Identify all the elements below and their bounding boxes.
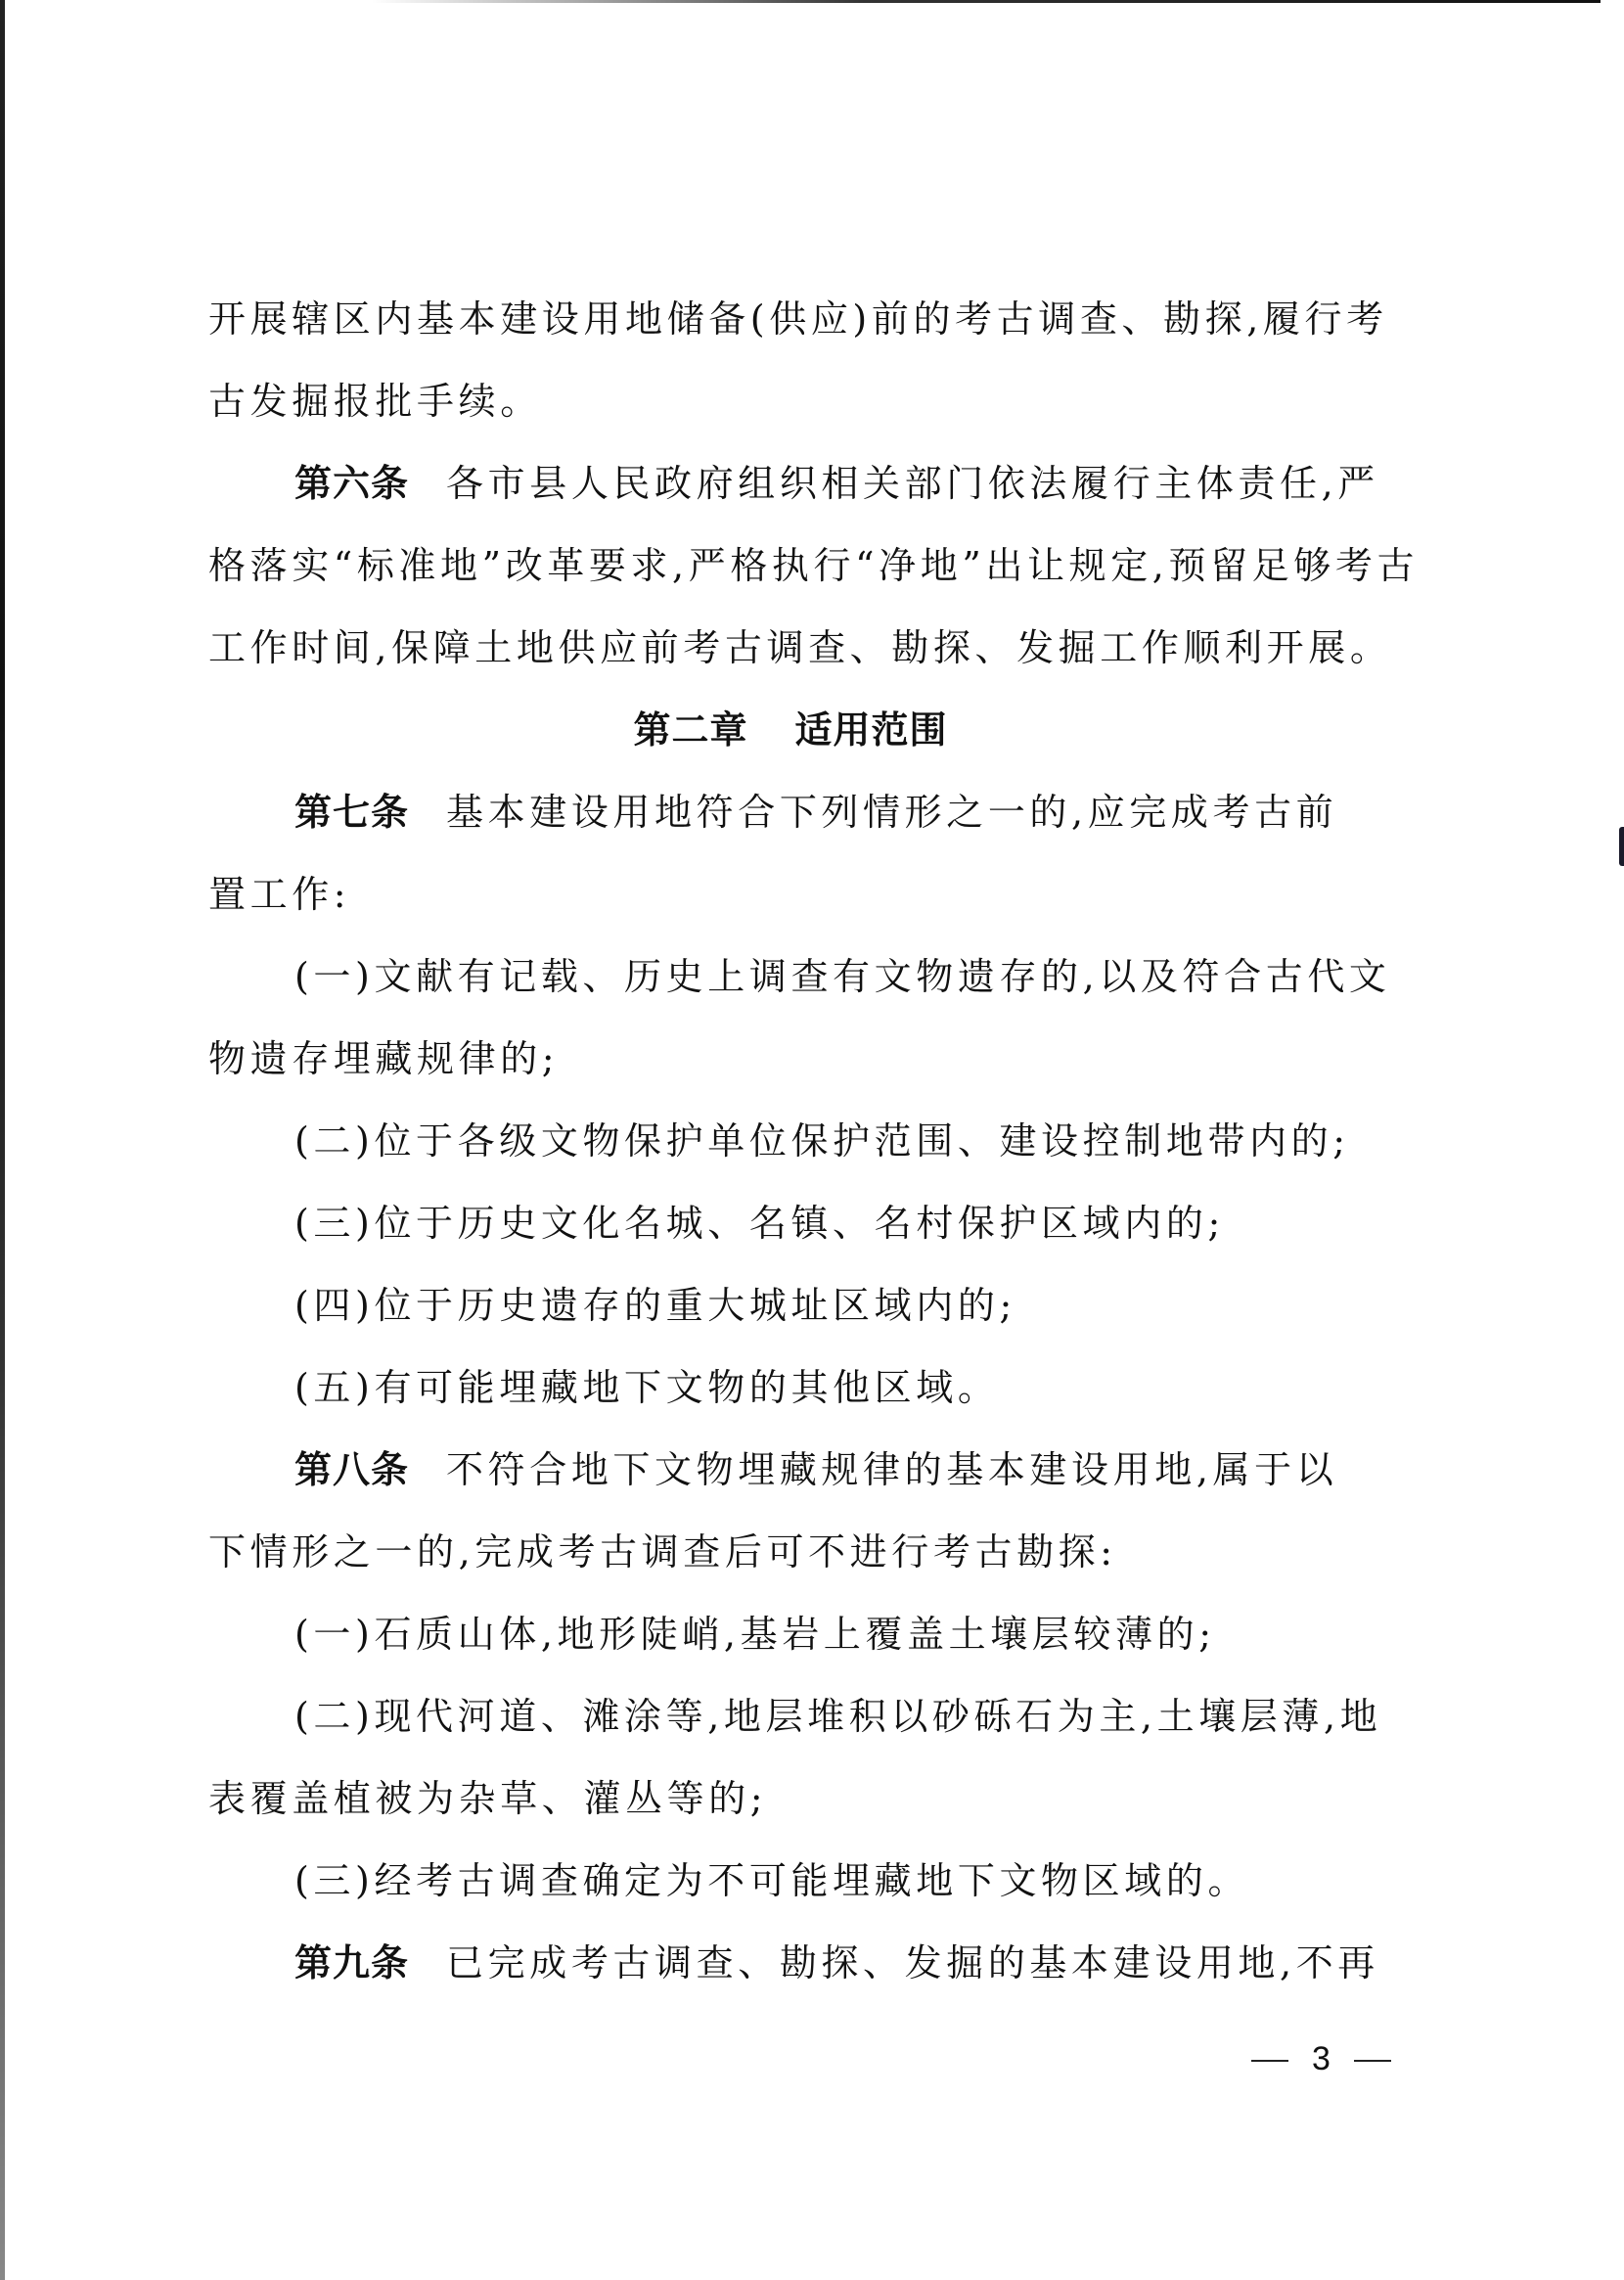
text-line: 置工作: (208, 864, 1412, 946)
article-6: 第六条各市县人民政府组织相关部门依法履行主体责任,严 (208, 453, 1412, 535)
article-text: 已完成考古调查、勘探、发掘的基本建设用地,不再 (446, 1941, 1379, 1984)
scan-edge-top (372, 0, 1601, 3)
chapter-label: 第二章 (633, 708, 747, 752)
list-item: (三)经考古调查确定为不可能埋藏地下文物区域的。 (208, 1850, 1412, 1933)
list-item: (二)现代河道、滩涂等,地层堆积以砂砾石为主,土壤层薄,地 (208, 1686, 1412, 1768)
text-line: 古发掘报批手续。 (208, 371, 1412, 453)
text-line: 开展辖区内基本建设用地储备(供应)前的考古调查、勘探,履行考 (208, 289, 1412, 371)
text-line: 下情形之一的,完成考古调查后可不进行考古勘探: (208, 1522, 1412, 1604)
article-label: 第七条 (294, 791, 409, 834)
document-body: 开展辖区内基本建设用地储备(供应)前的考古调查、勘探,履行考 古发掘报批手续。 … (208, 289, 1412, 2015)
list-item: (一)文献有记载、历史上调查有文物遗存的,以及符合古代文 (208, 946, 1412, 1028)
article-label: 第九条 (294, 1941, 409, 1984)
article-8: 第八条不符合地下文物埋藏规律的基本建设用地,属于以 (208, 1439, 1412, 1522)
article-label: 第八条 (294, 1448, 409, 1491)
dash-right (1354, 2060, 1391, 2062)
list-item: (三)位于历史文化名城、名镇、名村保护区域内的; (208, 1193, 1412, 1275)
list-item: (二)位于各级文物保护单位保护范围、建设控制地带内的; (208, 1111, 1412, 1193)
text-line: 格落实“标准地”改革要求,严格执行“净地”出让规定,预留足够考古 (208, 535, 1412, 617)
article-7: 第七条基本建设用地符合下列情形之一的,应完成考古前 (208, 782, 1412, 864)
list-item: (一)石质山体,地形陡峭,基岩上覆盖土壤层较薄的; (208, 1604, 1412, 1686)
page-number-value: 3 (1312, 2040, 1331, 2077)
dash-left (1251, 2060, 1288, 2062)
scan-edge-right-mark (1619, 827, 1624, 866)
article-text: 各市县人民政府组织相关部门依法履行主体责任,严 (446, 462, 1379, 505)
text-line: 表覆盖植被为杂草、灌丛等的; (208, 1768, 1412, 1850)
article-text: 基本建设用地符合下列情形之一的,应完成考古前 (446, 791, 1337, 834)
chapter-heading: 第二章适用范围 (208, 700, 1412, 782)
article-label: 第六条 (294, 462, 409, 505)
article-text: 不符合地下文物埋藏规律的基本建设用地,属于以 (446, 1448, 1337, 1491)
article-9: 第九条已完成考古调查、勘探、发掘的基本建设用地,不再 (208, 1933, 1412, 2015)
chapter-title: 适用范围 (795, 708, 948, 752)
scan-edge-left (0, 0, 5, 2280)
list-item: (五)有可能埋藏地下文物的其他区域。 (208, 1357, 1412, 1439)
list-item: (四)位于历史遗存的重大城址区域内的; (208, 1275, 1412, 1357)
text-line: 工作时间,保障土地供应前考古调查、勘探、发掘工作顺利开展。 (208, 617, 1412, 700)
text-line: 物遗存埋藏规律的; (208, 1028, 1412, 1111)
page-number: 3 (1228, 2040, 1415, 2078)
